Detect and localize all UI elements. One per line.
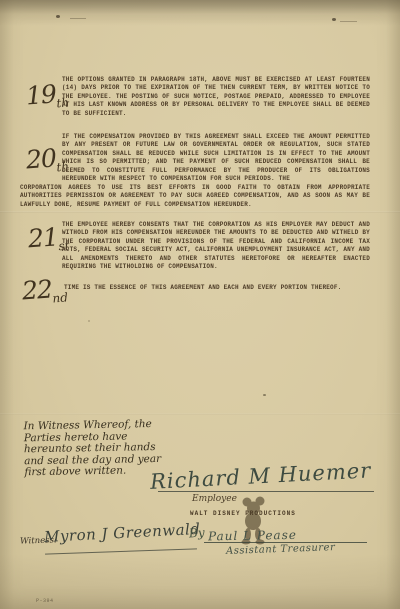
paragraph-20-text: IF THE COMPENSATION PROVIDED BY THIS AGR… bbox=[62, 133, 370, 183]
paper-speck bbox=[88, 320, 90, 322]
employee-signature-line bbox=[158, 491, 374, 492]
paper-speck bbox=[263, 394, 266, 396]
scanned-contract-page: 19th THE OPTIONS GRANTED IN PARAGRAPH 18… bbox=[0, 0, 400, 609]
by-signer-title: Assistant Treasurer bbox=[226, 542, 336, 557]
by-label: By bbox=[189, 525, 206, 540]
fold-crease-upper bbox=[0, 211, 400, 213]
paragraph-22-digits: 22 bbox=[21, 275, 53, 306]
staple-scratch-left bbox=[70, 18, 86, 19]
paragraph-21-text: THE EMPLOYEE HEREBY CONSENTS THAT THE CO… bbox=[62, 221, 370, 271]
paragraph-22-ordinal-suffix: nd bbox=[52, 290, 68, 305]
fold-crease-lower bbox=[0, 413, 400, 415]
paragraph-22-text: TIME IS THE ESSENCE OF THIS AGREEMENT AN… bbox=[64, 284, 374, 292]
archive-footer-mark: P-394 bbox=[36, 598, 54, 604]
paragraph-19-text: THE OPTIONS GRANTED IN PARAGRAPH 18TH, A… bbox=[62, 76, 370, 118]
mickey-ink-stamp-icon bbox=[230, 494, 278, 552]
witness-signature-line bbox=[45, 548, 197, 554]
paragraph-20-text-continued: CORPORATION AGREES TO USE ITS BEST EFFOR… bbox=[20, 184, 370, 209]
staple-hole-left bbox=[56, 15, 60, 18]
paragraph-19-digits: 19 bbox=[25, 79, 57, 110]
employee-signature: Richard M Huemer bbox=[150, 458, 377, 494]
staple-scratch-right bbox=[340, 21, 357, 22]
staple-hole-right bbox=[332, 18, 336, 21]
paragraph-20-digits: 20 bbox=[25, 143, 57, 174]
paragraph-22-number: 22nd bbox=[21, 273, 68, 305]
paragraph-21-digits: 21 bbox=[27, 222, 59, 253]
by-signature: Paul L Pease bbox=[208, 527, 368, 544]
witness-signature: Myron J Greenwald bbox=[44, 520, 197, 546]
